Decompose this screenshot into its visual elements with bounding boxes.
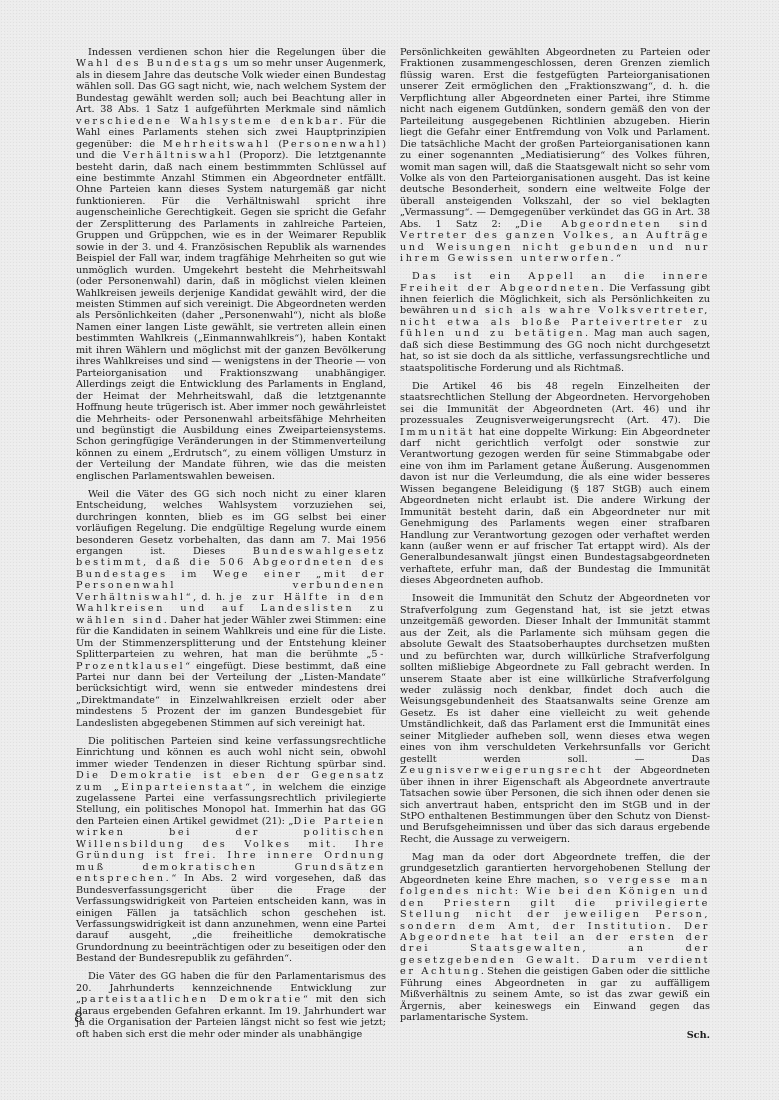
text-run: hat eine doppelte Wirkung: Ein Abgeordne…	[400, 427, 710, 587]
text-run: , d. h.	[193, 592, 230, 603]
text-run: Persönlichkeiten gewählten Abgeordneten …	[400, 47, 710, 230]
author-signature: Sch.	[400, 1030, 710, 1041]
paragraph: Die Väter des GG haben die für den Parla…	[76, 971, 386, 1040]
text-run: “	[616, 253, 621, 264]
text-run: der Abgeordneten über ihnen in ihrer Eig…	[400, 765, 710, 845]
left-column: Indessen verdienen schon hier die Regelu…	[76, 47, 386, 1047]
page-number: 8	[74, 1010, 83, 1026]
paragraph: Das ist ein Appell an die innere Freihei…	[400, 271, 710, 374]
right-column: Persönlichkeiten gewählten Abgeordneten …	[400, 47, 710, 1048]
paragraph: Indessen verdienen schon hier die Regelu…	[76, 47, 386, 482]
emphasized-text: Wahl des Bundestags	[76, 58, 230, 69]
text-run: (Proporz). Die letztgenannte besteht dar…	[76, 150, 386, 482]
emphasized-text: verschiedene Wahlsysteme denkbar	[76, 116, 340, 127]
text-run: Insoweit die Immunität den Schutz der Ab…	[400, 593, 710, 764]
paragraph: Insoweit die Immunität den Schutz der Ab…	[400, 593, 710, 845]
paragraph: Persönlichkeiten gewählten Abgeordneten …	[400, 47, 710, 265]
emphasized-text: Zeugnisverweigerungsrecht	[400, 765, 603, 776]
emphasized-text: Mehrheitswahl	[163, 139, 271, 150]
emphasized-text: Immunität	[400, 427, 475, 438]
text-run: Die politischen Parteien sind keine verf…	[76, 736, 386, 770]
emphasized-text: so vergesse man folgendes nicht: Wie bei…	[400, 875, 710, 978]
emphasized-text: parteistaatlichen Demokratie	[81, 994, 303, 1005]
text-run: Die Artikel 46 bis 48 regeln Einzelheite…	[400, 381, 710, 426]
paragraph: Weil die Väter des GG sich noch nicht zu…	[76, 489, 386, 730]
paragraph: Die Artikel 46 bis 48 regeln Einzelheite…	[400, 381, 710, 587]
paragraph: Mag man da oder dort Abgeordnete treffen…	[400, 852, 710, 1024]
emphasized-text: Personenwahl	[282, 139, 382, 150]
paragraph: Die politischen Parteien sind keine verf…	[76, 736, 386, 965]
text-run: Indessen verdienen schon hier die Regelu…	[88, 47, 386, 58]
text-run: (	[271, 139, 283, 150]
text-run: “ In Abs. 2 wird vorgesehen, daß das Bun…	[76, 873, 386, 964]
emphasized-text: Verhältniswahl	[123, 150, 233, 161]
document-page: Indessen verdienen schon hier die Regelu…	[0, 0, 779, 1100]
